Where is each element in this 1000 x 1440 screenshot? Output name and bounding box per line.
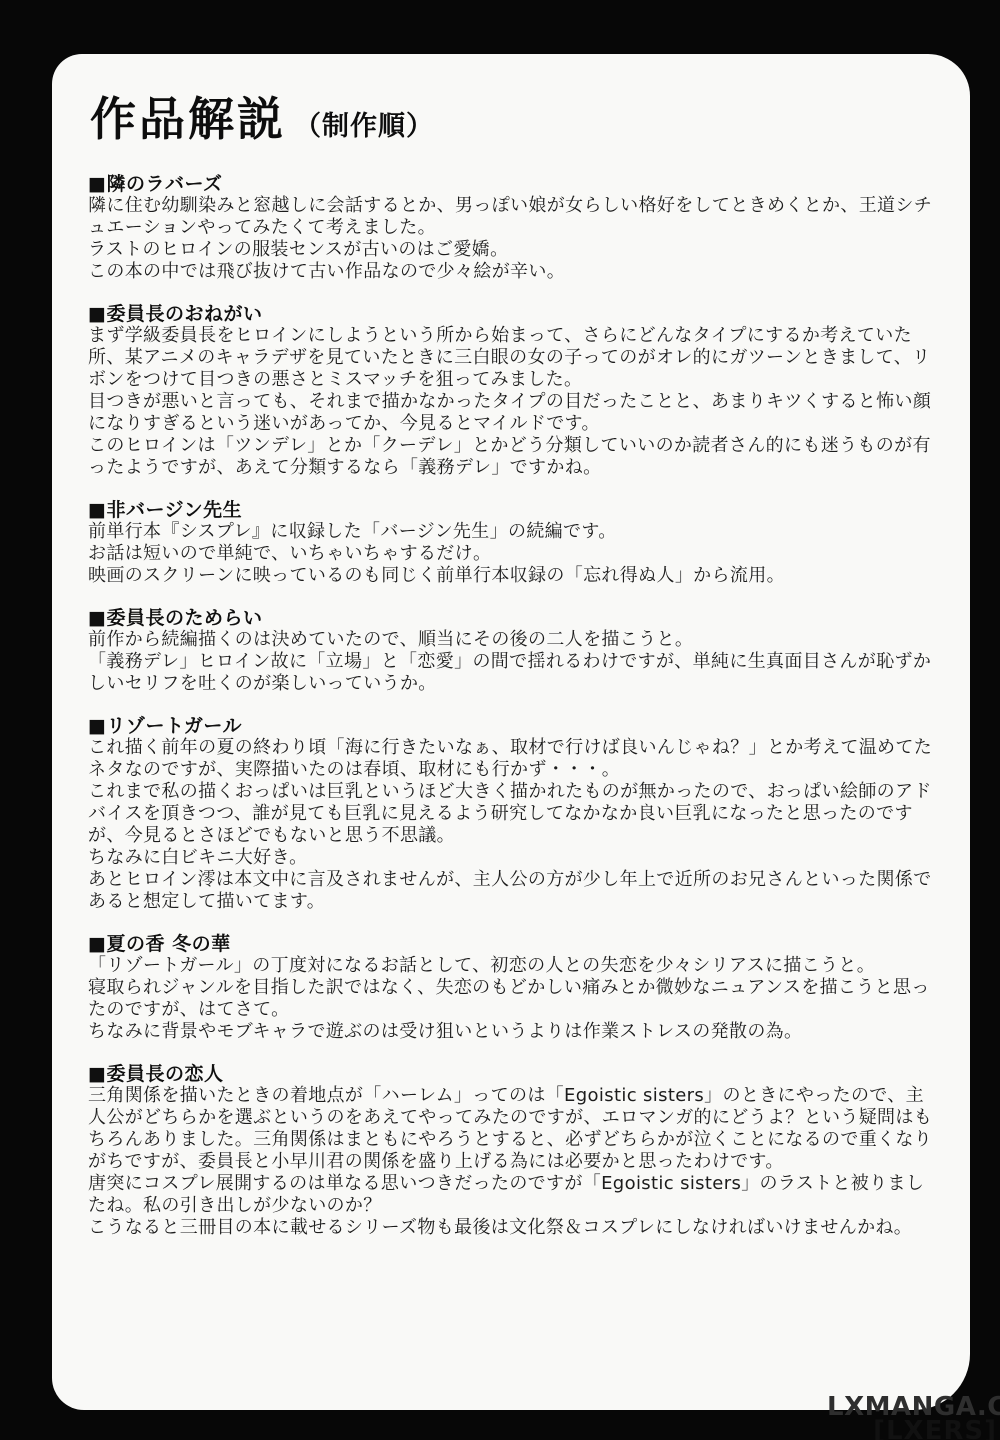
commentary-page: 作品解説（制作順） ■隣のラバーズ隣に住む幼馴染みと窓越しに会話するとか、男っぽ…: [52, 54, 970, 1410]
text-line: まず学級委員長をヒロインにしようという所から始まって、さらにどんなタイプにするか…: [88, 325, 944, 347]
text-line: になりすぎるという迷いがあってか、今見るとマイルドです。: [88, 413, 944, 435]
text-line: ネタなのですが、実際描いたのは春頃、取材にも行かず・・・。: [88, 759, 944, 781]
scan-background: 作品解説（制作順） ■隣のラバーズ隣に住む幼馴染みと窓越しに会話するとか、男っぽ…: [0, 0, 1000, 1440]
text-line: お話は短いので単純で、いちゃいちゃするだけ。: [88, 543, 944, 565]
page-title-sub: （制作順）: [294, 104, 434, 143]
text-line: 所、某アニメのキャラデザを見ていたときに三白眼の女の子ってのがオレ的にガツーンと…: [88, 347, 944, 369]
commentary-section: ■隣のラバーズ隣に住む幼馴染みと窓越しに会話するとか、男っぽい娘が女らしい格好を…: [88, 173, 944, 283]
text-line: 「義務デレ」ヒロイン故に「立場」と「恋愛」の間で揺れるわけですが、単純に生真面目…: [88, 651, 944, 673]
text-line: ちなみに白ビキニ大好き。: [88, 847, 944, 869]
text-line: ボンをつけて目つきの悪さとミスマッチを狙ってみました。: [88, 369, 944, 391]
commentary-section: ■委員長の恋人三角関係を描いたときの着地点が「ハーレム」ってのは「Egoisti…: [88, 1063, 944, 1239]
text-line: 隣に住む幼馴染みと窓越しに会話するとか、男っぽい娘が女らしい格好をしてときめくと…: [88, 195, 944, 217]
text-line: 前作から続編描くのは決めていたので、順当にその後の二人を描こうと。: [88, 629, 944, 651]
text-line: これ描く前年の夏の終わり頃「海に行きたいなぁ、取材で行けば良いんじゃね？」とか考…: [88, 737, 944, 759]
text-line: 前単行本『シスプレ』に収録した「バージン先生」の続編です。: [88, 521, 944, 543]
commentary-section: ■委員長のためらい前作から続編描くのは決めていたので、順当にその後の二人を描こう…: [88, 607, 944, 695]
section-heading: ■委員長のためらい: [88, 607, 944, 629]
section-heading: ■夏の香 冬の華: [88, 933, 944, 955]
commentary-section: ■非バージン先生前単行本『シスプレ』に収録した「バージン先生」の続編です。お話は…: [88, 499, 944, 587]
text-line: 三角関係を描いたときの着地点が「ハーレム」ってのは「Egoistic siste…: [88, 1085, 944, 1107]
text-line: この本の中では飛び抜けて古い作品なので少々絵が辛い。: [88, 261, 944, 283]
commentary-section: ■委員長のおねがいまず学級委員長をヒロインにしようという所から始まって、さらにど…: [88, 303, 944, 479]
text-line: こうなると三冊目の本に載せるシリーズ物も最後は文化祭＆コスプレにしなければいけま…: [88, 1217, 944, 1239]
text-line: ちなみに背景やモブキャラで遊ぶのは受け狙いというよりは作業ストレスの発散の為。: [88, 1021, 944, 1043]
sections-container: ■隣のラバーズ隣に住む幼馴染みと窓越しに会話するとか、男っぽい娘が女らしい格好を…: [88, 173, 944, 1239]
text-line: あとヒロイン澪は本文中に言及されませんが、主人公の方が少し年上で近所のお兄さんと…: [88, 869, 944, 891]
text-line: バイスを頂きつつ、誰が見ても巨乳に見えるよう研究してなかなか良い巨乳になったと思…: [88, 803, 944, 825]
text-line: 寝取られジャンルを目指した訳ではなく、失恋のもどかしい痛みとか微妙なニュアンスを…: [88, 977, 944, 999]
text-line: たのですが、はてさて。: [88, 999, 944, 1021]
section-heading: ■リゾートガール: [88, 715, 944, 737]
text-line: ったようですが、あえて分類するなら「義務デレ」ですかね。: [88, 457, 944, 479]
commentary-section: ■リゾートガールこれ描く前年の夏の終わり頃「海に行きたいなぁ、取材で行けば良いん…: [88, 715, 944, 913]
text-line: 映画のスクリーンに映っているのも同じく前単行本収録の「忘れ得ぬ人」から流用。: [88, 565, 944, 587]
text-line: ュエーションやってみたくて考えました。: [88, 217, 944, 239]
section-heading: ■隣のラバーズ: [88, 173, 944, 195]
text-line: あると想定して描いてます。: [88, 891, 944, 913]
commentary-section: ■夏の香 冬の華「リゾートガール」の丁度対になるお話として、初恋の人との失恋を少…: [88, 933, 944, 1043]
text-line: 唐突にコスプレ展開するのは単なる思いつきだったのですが「Egoistic sis…: [88, 1173, 944, 1195]
section-heading: ■委員長の恋人: [88, 1063, 944, 1085]
text-line: ちろんありました。三角関係はまともにやろうとすると、必ずどちらかが泣くことになる…: [88, 1129, 944, 1151]
text-line: がちですが、委員長と小早川君の関係を盛り上げる為には必要かと思ったわけです。: [88, 1151, 944, 1173]
text-line: このヒロインは「ツンデレ」とか「クーデレ」とかどう分類していいのか読者さん的にも…: [88, 435, 944, 457]
text-line: これまで私の描くおっぱいは巨乳というほど大きく描かれたものが無かったので、おっぱ…: [88, 781, 944, 803]
section-heading: ■委員長のおねがい: [88, 303, 944, 325]
text-line: ラストのヒロインの服装センスが古いのはご愛嬌。: [88, 239, 944, 261]
text-line: 人公がどちらかを選ぶというのをあえてやってみたのですが、エロマンガ的にどうよ？と…: [88, 1107, 944, 1129]
text-line: しいセリフを吐くのが楽しいっていうか。: [88, 673, 944, 695]
section-heading: ■非バージン先生: [88, 499, 944, 521]
text-line: 「リゾートガール」の丁度対になるお話として、初恋の人との失恋を少々シリアスに描こ…: [88, 955, 944, 977]
text-line: が、今見るとさほどでもないと思う不思議。: [88, 825, 944, 847]
page-title-main: 作品解説: [90, 94, 286, 145]
page-title: 作品解説（制作順）: [90, 94, 944, 145]
site-watermark: LXMANGA.COM: [827, 1392, 1000, 1422]
text-line: 目つきが悪いと言っても、それまで描かなかったタイプの目だったことと、あまりキツく…: [88, 391, 944, 413]
text-line: たね。私の引き出しが少ないのか？: [88, 1195, 944, 1217]
